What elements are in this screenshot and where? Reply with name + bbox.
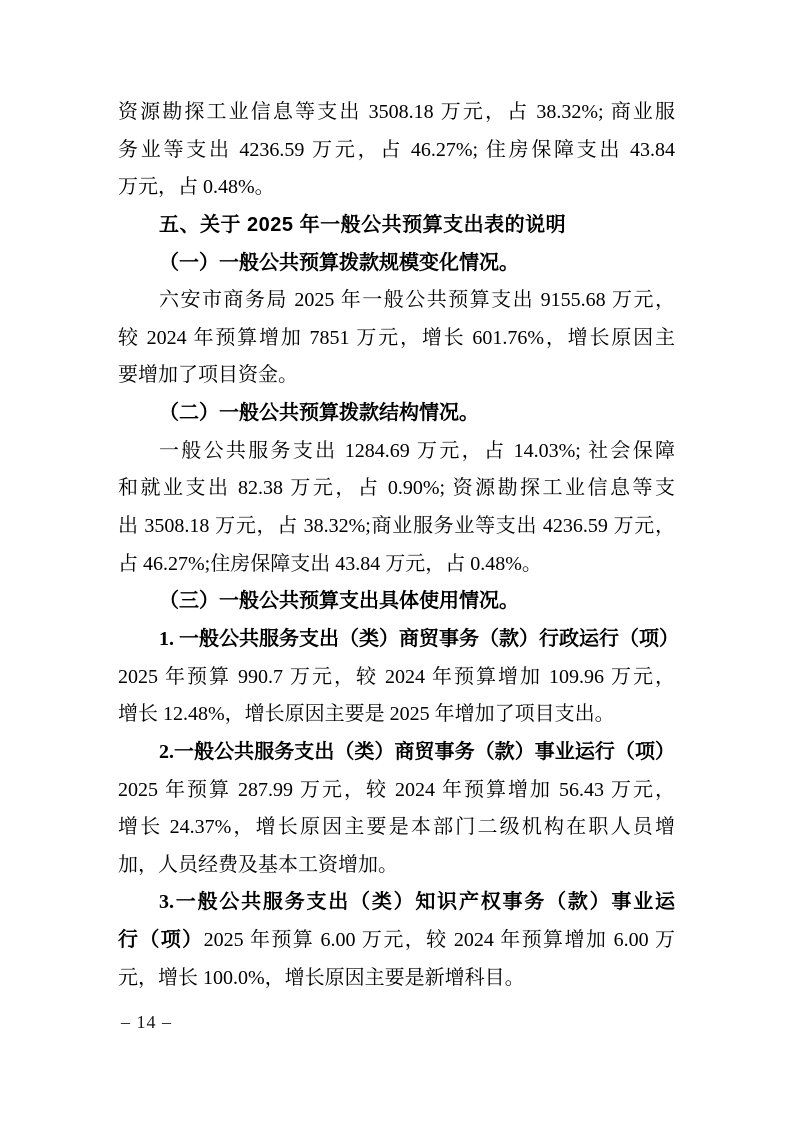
heading-item-1: 1. 一般公共服务支出（类）商贸事务（款）行政运行（项） (118, 621, 675, 659)
heading-subsection-3: （三）一般公共预算支出具体使用情况。 (118, 583, 675, 621)
paragraph-line: 增长 12.48%，增长原因主要是 2025 年增加了项目支出。 (118, 696, 675, 734)
body-text: 加，人员经费及基本工资增加。 (118, 854, 398, 876)
heading-section-five: 五、关于 2025 年一般公共预算支出表的说明 (118, 207, 675, 245)
heading-item-2: 2.一般公共服务支出（类）商贸事务（款）事业运行（项） (118, 734, 675, 772)
paragraph-line: 加，人员经费及基本工资增加。 (118, 847, 675, 885)
paragraph-line: 增长 24.37%，增长原因主要是本部门二级机构在职人员增 (118, 809, 675, 847)
body-text: 增长 12.48%，增长原因主要是 2025 年增加了项目支出。 (118, 703, 615, 725)
paragraph-line: 2025 年预算 287.99 万元，较 2024 年预算增加 56.43 万元… (118, 772, 675, 810)
body-text: 要增加了项目资金。 (118, 364, 298, 386)
paragraph-line: 元，增长 100.0%，增长原因主要是新增科目。 (118, 960, 675, 998)
body-text: 2025 年预算 6.00 万元，较 2024 年预算增加 6.00 万 (204, 929, 675, 951)
document-page: { "page": { "number_label": "– 14 –", "b… (0, 0, 793, 1122)
heading-text: （一）一般公共预算拨款规模变化情况。 (159, 252, 519, 274)
body-text: 增长 24.37%，增长原因主要是本部门二级机构在职人员增 (118, 816, 675, 838)
heading-text: （二）一般公共预算拨款结构情况。 (159, 402, 479, 424)
document-body: 资源勘探工业信息等支出 3508.18 万元，占 38.32%; 商业服 务业等… (118, 94, 675, 997)
body-text: 务业等支出 4236.59 万元，占 46.27%; 住房保障支出 43.84 (118, 139, 675, 161)
heading-subsection-2: （二）一般公共预算拨款结构情况。 (118, 395, 675, 433)
body-text: 万元，占 0.48%。 (118, 176, 275, 198)
body-text: 2025 年预算 287.99 万元，较 2024 年预算增加 56.43 万元… (118, 779, 675, 801)
paragraph-line: 行（项）2025 年预算 6.00 万元，较 2024 年预算增加 6.00 万 (118, 922, 675, 960)
page-number: – 14 – (121, 1012, 172, 1032)
body-text: 资源勘探工业信息等支出 3508.18 万元，占 38.32%; 商业服 (118, 101, 675, 123)
body-text: 六安市商务局 2025 年一般公共预算支出 9155.68 万元， (159, 289, 675, 311)
body-text: 元，增长 100.0%，增长原因主要是新增科目。 (118, 967, 525, 989)
paragraph-line: 六安市商务局 2025 年一般公共预算支出 9155.68 万元， (118, 282, 675, 320)
heading-item-3: 3.一般公共服务支出（类）知识产权事务（款）事业运 (118, 884, 675, 922)
paragraph-line: 要增加了项目资金。 (118, 357, 675, 395)
paragraph-line: 出 3508.18 万元，占 38.32%;商业服务业等支出 4236.59 万… (118, 508, 675, 546)
paragraph-line: 2025 年预算 990.7 万元，较 2024 年预算增加 109.96 万元… (118, 659, 675, 697)
body-text: 一般公共服务支出 1284.69 万元，占 14.03%; 社会保障 (159, 440, 675, 462)
heading-text: 五、关于 2025 年一般公共预算支出表的说明 (159, 214, 566, 236)
heading-text: 2.一般公共服务支出（类）商贸事务（款）事业运行（项） (159, 741, 675, 763)
heading-text: 3.一般公共服务支出（类）知识产权事务（款）事业运 (159, 891, 675, 913)
paragraph-line: 较 2024 年预算增加 7851 万元，增长 601.76%，增长原因主 (118, 320, 675, 358)
paragraph-line: 占 46.27%;住房保障支出 43.84 万元，占 0.48%。 (118, 546, 675, 584)
paragraph-line: 和就业支出 82.38 万元，占 0.90%; 资源勘探工业信息等支 (118, 470, 675, 508)
heading-text: 1. 一般公共服务支出（类）商贸事务（款）行政运行（项） (159, 628, 675, 650)
body-text: 占 46.27%;住房保障支出 43.84 万元，占 0.48%。 (118, 553, 542, 575)
paragraph-line: 一般公共服务支出 1284.69 万元，占 14.03%; 社会保障 (118, 433, 675, 471)
body-text: 出 3508.18 万元，占 38.32%;商业服务业等支出 4236.59 万… (118, 515, 675, 537)
paragraph-line: 万元，占 0.48%。 (118, 169, 675, 207)
body-text: 较 2024 年预算增加 7851 万元，增长 601.76%，增长原因主 (118, 327, 675, 349)
paragraph-line: 务业等支出 4236.59 万元，占 46.27%; 住房保障支出 43.84 (118, 132, 675, 170)
heading-text-inline: 行（项） (118, 929, 204, 951)
body-text: 2025 年预算 990.7 万元，较 2024 年预算增加 109.96 万元… (118, 666, 675, 688)
paragraph-line: 资源勘探工业信息等支出 3508.18 万元，占 38.32%; 商业服 (118, 94, 675, 132)
heading-subsection-1: （一）一般公共预算拨款规模变化情况。 (118, 245, 675, 283)
body-text: 和就业支出 82.38 万元，占 0.90%; 资源勘探工业信息等支 (118, 477, 675, 499)
heading-text: （三）一般公共预算支出具体使用情况。 (159, 590, 519, 612)
